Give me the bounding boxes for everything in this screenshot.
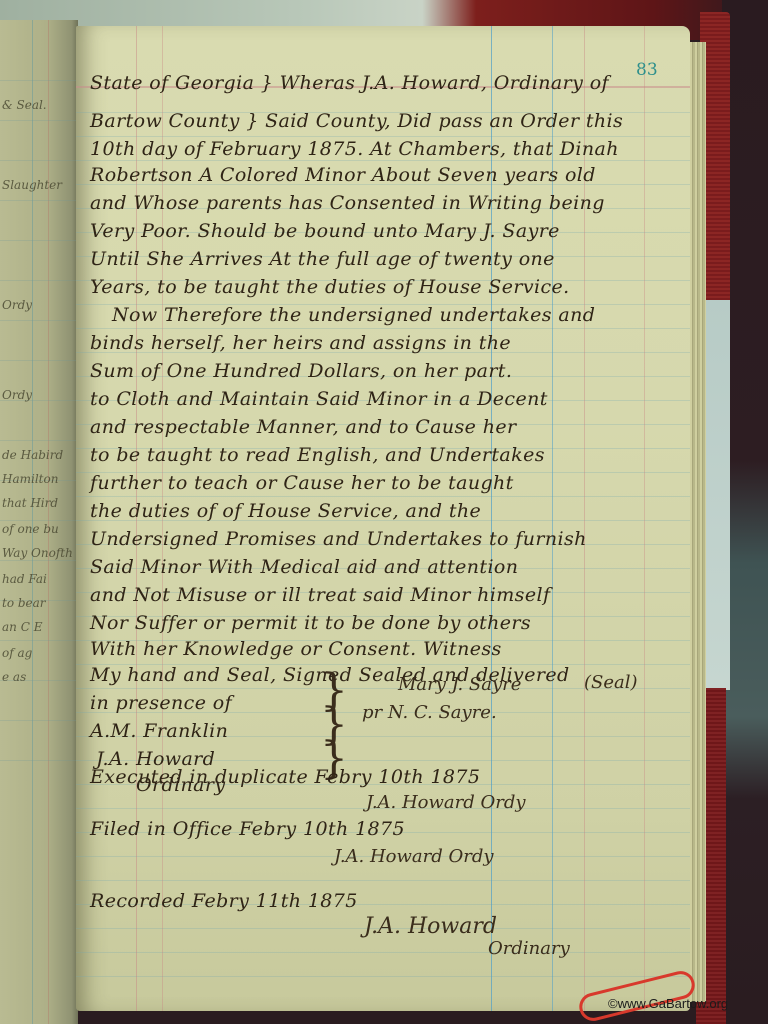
executed-signature: J.A. Howard Ordy <box>366 792 526 813</box>
left-page-fragment: de Habird <box>2 448 63 462</box>
signer-name: Mary J. Sayre <box>398 674 521 695</box>
left-page-fragment: e as <box>2 670 26 684</box>
body-line: Said Minor With Medical aid and attentio… <box>90 556 518 578</box>
left-page-fragment: of one bu <box>2 522 59 536</box>
body-line: and Not Misuse or ill treat said Minor h… <box>90 584 550 606</box>
signer-by: pr N. C. Sayre. <box>362 702 497 723</box>
presence-label: in presence of <box>90 692 232 714</box>
body-line: to Cloth and Maintain Said Minor in a De… <box>90 388 548 410</box>
body-line: Sum of One Hundred Dollars, on her part. <box>90 360 512 382</box>
body-line: and Whose parents has Consented in Writi… <box>90 192 605 214</box>
seal-label: (Seal) <box>584 672 638 693</box>
body-line: With her Knowledge or Consent. Witness <box>90 638 502 660</box>
witness-name: A.M. Franklin <box>90 720 228 742</box>
body-line: further to teach or Cause her to be taug… <box>90 472 514 494</box>
body-line: Robertson A Colored Minor About Seven ye… <box>90 164 596 186</box>
body-line: to be taught to read English, and Undert… <box>90 444 545 466</box>
copyright-watermark: ©www.GaBartow.org <box>608 996 728 1011</box>
recorded-line: Recorded Febry 11th 1875 <box>90 890 358 912</box>
body-line: binds herself, her heirs and assigns in … <box>90 332 511 354</box>
body-line: Nor Suffer or permit it to be done by ot… <box>90 612 531 634</box>
executed-line: Executed in duplicate Febry 10th 1875 <box>90 766 480 788</box>
left-page-fragment: that Hird <box>2 496 58 510</box>
body-line: Years, to be taught the duties of House … <box>90 276 570 298</box>
body-line: Bartow County } Said County, Did pass an… <box>90 110 623 132</box>
body-line: Undersigned Promises and Undertakes to f… <box>90 528 587 550</box>
column-line-red <box>644 26 645 1011</box>
filed-line: Filed in Office Febry 10th 1875 <box>90 818 405 840</box>
body-line: the duties of of House Service, and the <box>90 500 481 522</box>
left-page-fragment: Ordy <box>2 298 32 312</box>
page-number: 83 <box>636 60 658 80</box>
filed-signature: J.A. Howard Ordy <box>334 846 494 867</box>
left-page-fragment: had Fai <box>2 572 47 586</box>
left-page: & Seal. Slaughter Ordy Ordy de Habird Ha… <box>0 20 78 1024</box>
left-page-fragment: Way Onofth <box>2 546 73 560</box>
recorded-signature: J.A. Howard <box>364 914 497 939</box>
left-page-fragment: Ordy <box>2 388 32 402</box>
left-page-fragment: Slaughter <box>2 178 62 192</box>
book-cover-white-band <box>706 300 730 690</box>
left-page-fragment: to bear <box>2 596 46 610</box>
body-line: Until She Arrives At the full age of twe… <box>90 248 555 270</box>
body-line: Now Therefore the undersigned undertakes… <box>112 304 595 326</box>
left-page-fragment: Hamilton <box>2 472 58 486</box>
left-page-fragment: an C E <box>2 620 42 634</box>
page-edges <box>688 42 706 1002</box>
body-line: State of Georgia } Wheras J.A. Howard, O… <box>90 72 609 94</box>
brace-glyph: }}} <box>320 674 348 776</box>
body-line: and respectable Manner, and to Cause her <box>90 416 517 438</box>
left-page-fragment: of ag <box>2 646 32 660</box>
ledger-page: 83 State of Georgia } Wheras J.A. Howard… <box>76 26 690 1011</box>
recorded-title: Ordinary <box>488 938 570 959</box>
body-line: Very Poor. Should be bound unto Mary J. … <box>90 220 560 242</box>
left-page-fragment: & Seal. <box>2 98 47 112</box>
body-line: 10th day of February 1875. At Chambers, … <box>90 138 619 160</box>
